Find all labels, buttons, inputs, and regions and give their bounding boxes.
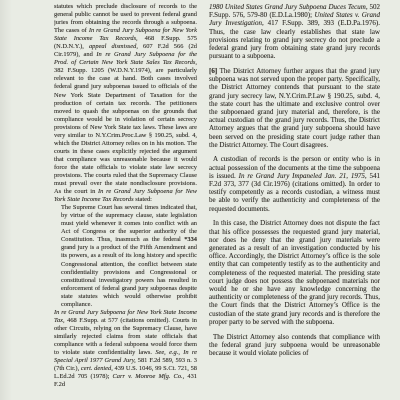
citation-text: 1980 United States Grand Jury Subpoena D…	[209, 3, 368, 11]
paragraph: [6] The District Attorney further argues…	[209, 67, 380, 149]
paragraph: statutes which preclude disclosure of re…	[54, 3, 197, 204]
paragraph: In re Grand Jury Subpoena for New York S…	[54, 309, 197, 389]
body-text: 382 F.Supp. 1205 (W.D.N.Y.1974), are par…	[54, 67, 197, 195]
text-column-right: 1980 United States Grand Jury Subpoena D…	[209, 3, 380, 400]
citation-text: appeal dismissed,	[89, 43, 138, 50]
body-text: The District Attorney also contends that…	[209, 333, 380, 357]
body-text: stated:	[134, 196, 152, 203]
page-edge-shadow	[0, 0, 12, 400]
body-text: grand jury is a product of the Fifth Ame…	[61, 244, 197, 307]
body-text: In this case, the District Attorney does…	[209, 219, 380, 325]
emphasis-text: [6]	[209, 67, 217, 75]
paragraph: 1980 United States Grand Jury Subpoena D…	[209, 3, 380, 60]
document-page: statutes which preclude disclosure of re…	[0, 0, 400, 400]
emphasis-text: *334	[184, 236, 197, 243]
citation-text: Carr v. Monroe Mfg. Co.,	[113, 373, 185, 380]
blockquote: The Supreme Court has several times indi…	[54, 204, 197, 309]
body-text: The Supreme Court has several times indi…	[61, 204, 197, 243]
text-column-left: statutes which preclude disclosure of re…	[54, 3, 197, 400]
citation-text: In re Grand Jury Impaneled Jan. 21, 1975…	[239, 172, 367, 180]
paragraph: A custodian of records is the person or …	[209, 155, 380, 212]
citation-text: cert. denied,	[81, 365, 113, 372]
paragraph: In this case, the District Attorney does…	[209, 219, 380, 326]
body-text: The District Attorney further argues tha…	[209, 67, 380, 149]
paragraph: The District Attorney also contends that…	[209, 333, 380, 358]
